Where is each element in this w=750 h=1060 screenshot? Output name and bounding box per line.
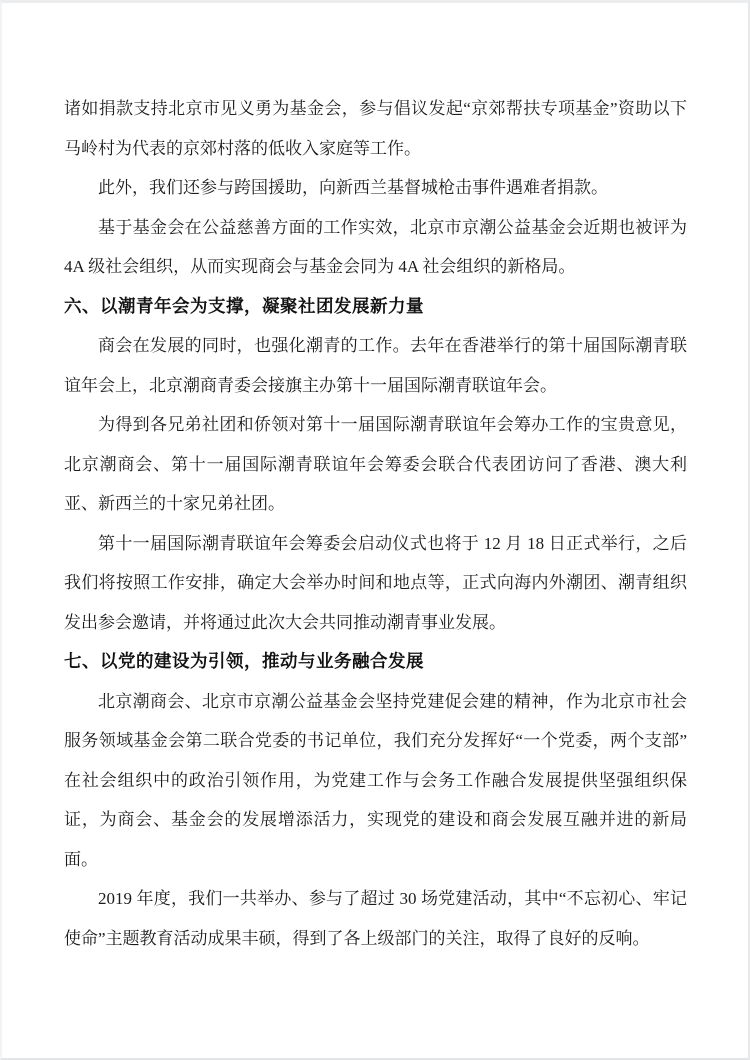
document-page: 诸如捐款支持北京市见义勇为基金会，参与倡议发起“京郊帮扶专项基金”资助以下马岭村… [0,0,750,1060]
paragraph: 此外，我们还参与跨国援助，向新西兰基督城枪击事件遇难者捐款。 [64,168,687,208]
paragraph: 商会在发展的同时，也强化潮青的工作。去年在香港举行的第十届国际潮青联谊年会上，北… [64,326,687,405]
paragraph: 北京潮商会、北京市京潮公益基金会坚持党建促会建的精神，作为北京市社会服务领域基金… [64,682,687,880]
section-heading-six: 六、以潮青年会为支撑，凝聚社团发展新力量 [64,287,687,327]
paragraph: 2019 年度，我们一共举办、参与了超过 30 场党建活动，其中“不忘初心、牢记… [64,879,687,958]
section-heading-seven: 七、以党的建设为引领，推动与业务融合发展 [64,642,687,682]
paragraph-continuation: 诸如捐款支持北京市见义勇为基金会，参与倡议发起“京郊帮扶专项基金”资助以下马岭村… [64,89,687,168]
paragraph: 为得到各兄弟社团和侨领对第十一届国际潮青联谊年会筹办工作的宝贵意见，北京潮商会、… [64,405,687,524]
paragraph: 基于基金会在公益慈善方面的工作实效，北京市京潮公益基金会近期也被评为 4A 级社… [64,208,687,287]
paragraph: 第十一届国际潮青联谊年会筹委会启动仪式也将于 12 月 18 日正式举行，之后我… [64,524,687,643]
document-body: 诸如捐款支持北京市见义勇为基金会，参与倡议发起“京郊帮扶专项基金”资助以下马岭村… [2,3,748,958]
